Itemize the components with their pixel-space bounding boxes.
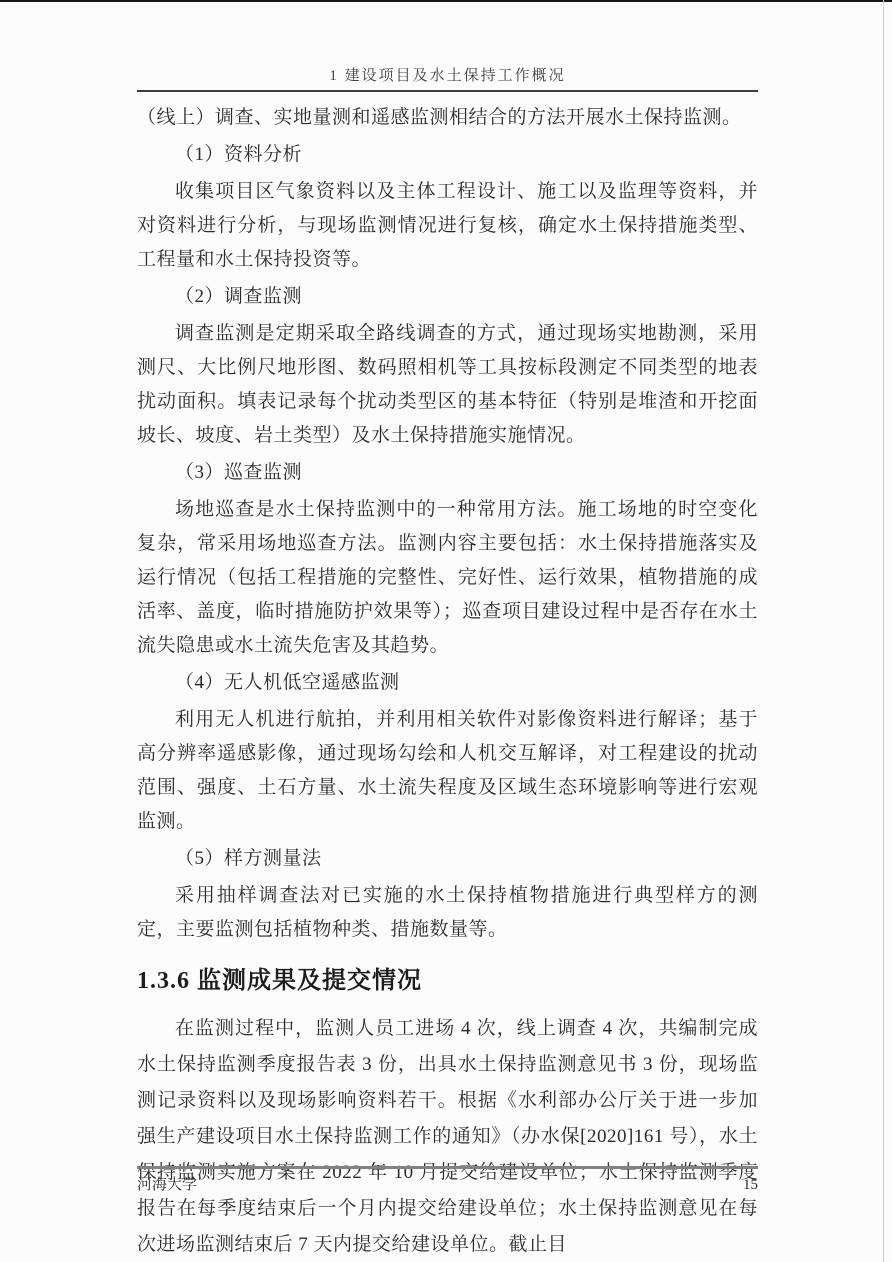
footer-page-number: 15 [743, 1177, 758, 1194]
document-body: （线上）调查、实地量测和遥感监测相结合的方法开展水土保持监测。（1）资料分析收集… [137, 101, 758, 1262]
section-heading: 1.3.6 监测成果及提交情况 [137, 965, 758, 997]
section-paragraph: 在监测过程中，监测人员工进场 4 次，线上调查 4 次，共编制完成水土保持监测季… [137, 1011, 758, 1262]
paragraph: 场地巡查是水土保持监测中的一种常用方法。施工场地的时空变化复杂，常采用场地巡查方… [137, 493, 758, 663]
page-header: 1 建设项目及水土保持工作概况 [137, 0, 758, 92]
page-content: 1 建设项目及水土保持工作概况 （线上）调查、实地量测和遥感监测相结合的方法开展… [137, 0, 758, 1262]
list-item: （5）样方测量法 [137, 842, 758, 876]
footer-institution: 河海大学 [137, 1173, 197, 1194]
list-item: （4）无人机低空遥感监测 [137, 666, 758, 700]
list-item: （3）巡查监测 [137, 456, 758, 490]
chapter-header-title: 1 建设项目及水土保持工作概况 [137, 68, 758, 85]
paragraph: 调查监测是定期采取全路线调查的方式，通过现场实地勘测，采用测尺、大比例尺地形图、… [137, 317, 758, 453]
list-item: （1）资料分析 [137, 138, 758, 172]
scan-right-edge [883, 0, 884, 1262]
page-footer: 河海大学 15 [137, 1166, 758, 1194]
document-page: 1 建设项目及水土保持工作概况 （线上）调查、实地量测和遥感监测相结合的方法开展… [0, 0, 892, 1262]
paragraph-list: （线上）调查、实地量测和遥感监测相结合的方法开展水土保持监测。（1）资料分析收集… [137, 101, 758, 947]
list-item: （2）调查监测 [137, 280, 758, 314]
paragraph: （线上）调查、实地量测和遥感监测相结合的方法开展水土保持监测。 [137, 101, 758, 135]
paragraph: 采用抽样调查法对已实施的水土保持植物措施进行典型样方的测定，主要监测包括植物种类… [137, 879, 758, 947]
paragraph: 收集项目区气象资料以及主体工程设计、施工以及监理等资料，并对资料进行分析，与现场… [137, 175, 758, 277]
paragraph: 利用无人机进行航拍，并利用相关软件对影像资料进行解译；基于高分辨率遥感影像，通过… [137, 703, 758, 839]
